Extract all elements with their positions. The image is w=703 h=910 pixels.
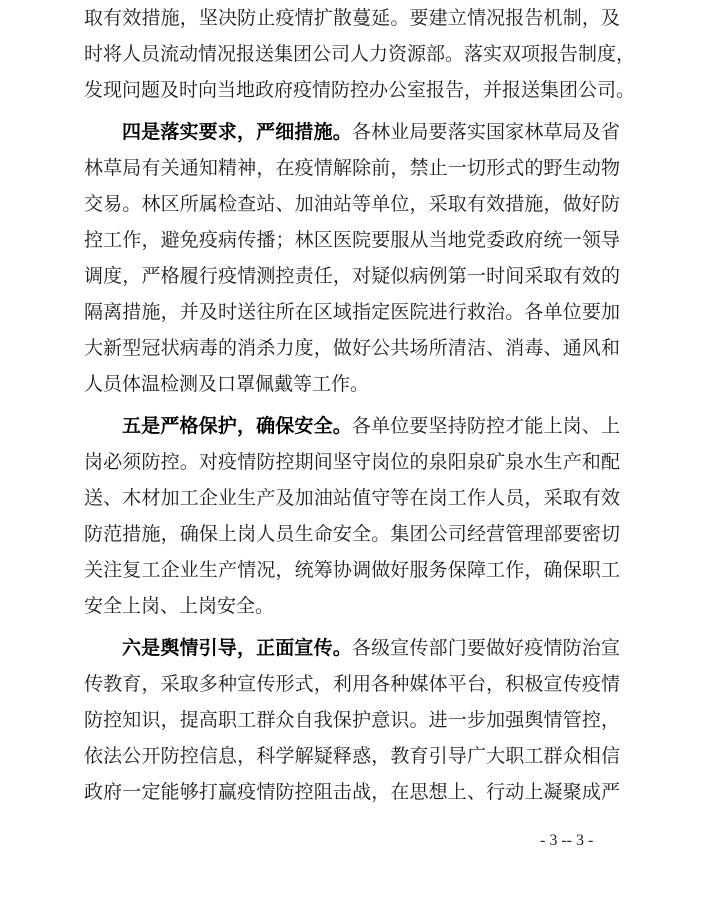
text-line: 送、木材加工企业生产及加油站值守等在岗工作人员，采取有效 [84,480,620,516]
text-line: 隔离措施，并及时送往所在区域指定医院进行救治。各单位要加 [84,294,620,330]
heading-line: 五是严格保护，确保安全。各单位要坚持防控才能上岗、上 [84,408,620,444]
text-line: 防范措施，确保上岗人员生命安全。集团公司经营管理部要密切 [84,516,620,552]
text-line: 防控知识，提高职工群众自我保护意识。进一步加强舆情管控， [84,702,620,738]
heading-line: 六是舆情引导，正面宣传。各级宣传部门要做好疫情防治宣 [84,630,620,666]
text-line: 政府一定能够打赢疫情防控阻击战，在思想上、行动上凝聚成严 [84,774,620,810]
text-line: 时将人员流动情况报送集团公司人力资源部。落实双项报告制度， [84,36,620,72]
paragraph-section-6: 六是舆情引导，正面宣传。各级宣传部门要做好疫情防治宣 传教育，采取多种宣传形式，… [84,630,620,810]
text-line: 取有效措施，坚决防止疫情扩散蔓延。要建立情况报告机制，及 [84,0,620,36]
text-run: 各林业局要落实国家林草局及省 [352,121,620,143]
text-line: 人员体温检测及口罩佩戴等工作。 [84,366,620,402]
text-line: 传教育，采取多种宣传形式，利用各种媒体平台，积极宣传疫情 [84,666,620,702]
page-number: - 3 -- 3 - [540,832,593,850]
text-line: 交易。林区所属检查站、加油站等单位，采取有效措施，做好防 [84,186,620,222]
text-line: 发现问题及时向当地政府疫情防控办公室报告，并报送集团公司。 [84,72,620,108]
paragraph-section-5: 五是严格保护，确保安全。各单位要坚持防控才能上岗、上 岗必须防控。对疫情防控期间… [84,408,620,624]
paragraph-continuation: 取有效措施，坚决防止疫情扩散蔓延。要建立情况报告机制，及 时将人员流动情况报送集… [84,0,620,108]
section-heading: 五是严格保护，确保安全。 [122,415,352,437]
text-line: 安全上岗、上岗安全。 [84,588,620,624]
text-line: 岗必须防控。对疫情防控期间坚守岗位的泉阳泉矿泉水生产和配 [84,444,620,480]
heading-line: 四是落实要求，严细措施。各林业局要落实国家林草局及省 [84,114,620,150]
section-heading: 四是落实要求，严细措施。 [122,121,352,143]
text-line: 控工作，避免疫病传播；林区医院要服从当地党委政府统一领导 [84,222,620,258]
paragraph-section-4: 四是落实要求，严细措施。各林业局要落实国家林草局及省 林草局有关通知精神，在疫情… [84,114,620,402]
text-line: 依法公开防控信息，科学解疑释惑，教育引导广大职工群众相信 [84,738,620,774]
text-line: 调度，严格履行疫情测控责任，对疑似病例第一时间采取有效的 [84,258,620,294]
section-heading: 六是舆情引导，正面宣传。 [122,637,352,659]
text-run: 各单位要坚持防控才能上岗、上 [352,415,620,437]
text-line: 关注复工企业生产情况，统筹协调做好服务保障工作，确保职工 [84,552,620,588]
text-run: 各级宣传部门要做好疫情防治宣 [352,637,620,659]
text-line: 大新型冠状病毒的消杀力度，做好公共场所清洁、消毒、通风和 [84,330,620,366]
document-page: 取有效措施，坚决防止疫情扩散蔓延。要建立情况报告机制，及 时将人员流动情况报送集… [84,0,620,810]
text-line: 林草局有关通知精神，在疫情解除前，禁止一切形式的野生动物 [84,150,620,186]
